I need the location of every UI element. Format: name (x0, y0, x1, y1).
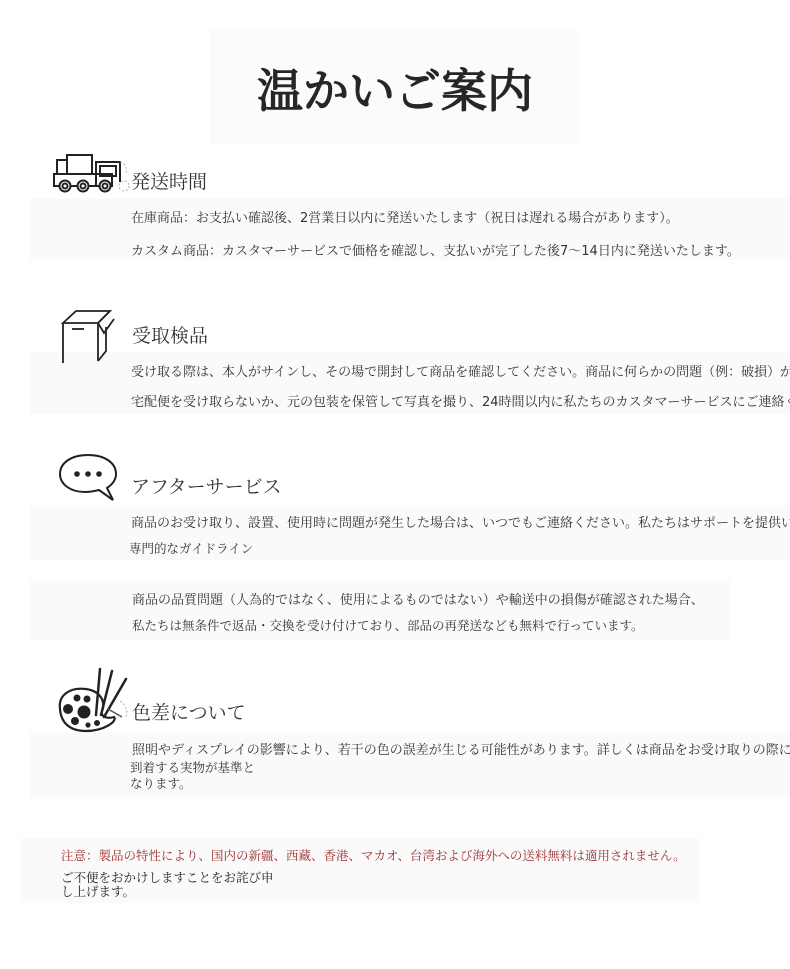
shipping-line-custom: カスタム商品：カスタマーサービスで価格を確認し、支払いが完了した後7～14日内に… (131, 240, 740, 259)
section-heading-inspection: 受取検品 (132, 321, 208, 348)
section-heading-after-sales: アフターサービス (131, 472, 282, 499)
truck-icon (52, 152, 132, 194)
shipping-line-stock: 在庫商品：お支払い確認後、2営業日以内に発送いたします（祝日は遅れる場合がありま… (131, 207, 679, 226)
apology-text: ご不便をおかけしますことをお詫び申 し上げます。 (61, 871, 274, 899)
page-title: 温かいご案内 (210, 30, 580, 145)
color-line-2: 到着する実物が基準と なります。 (130, 760, 255, 792)
section-heading-color: 色差について (132, 698, 246, 725)
shipping-notice: 注意：製品の特性により、国内の新疆、西藏、香港、マカオ、台湾および海外への送料無… (61, 846, 686, 864)
inspection-line-2: 宅配便を受け取らないか、元の包装を保管して写真を撮り、24時間以内に私たちのカス… (131, 391, 790, 410)
after-sales-line-2: 専門的なガイドライン (129, 539, 253, 557)
box-icon (58, 307, 118, 365)
after-sales-line-4: 私たちは無条件で返品・交換を受け付けており、部品の再発送なども無料で行っています… (132, 616, 644, 634)
inspection-line-1: 受け取る際は、本人がサインし、その場で開封して商品を確認してください。商品に何ら… (131, 361, 790, 380)
speech-bubble-icon (57, 452, 119, 504)
section-heading-shipping: 発送時間 (131, 167, 207, 194)
palette-icon (56, 665, 132, 735)
after-sales-line-1: 商品のお受け取り、設置、使用時に問題が発生した場合は、いつでもご連絡ください。私… (131, 512, 790, 531)
color-line-1: 照明やディスプレイの影響により、若干の色の誤差が生じる可能性があります。詳しくは… (132, 739, 790, 758)
after-sales-line-3: 商品の品質問題（人為的ではなく、使用によるものではない）や輸送中の損傷が確認され… (132, 589, 704, 608)
